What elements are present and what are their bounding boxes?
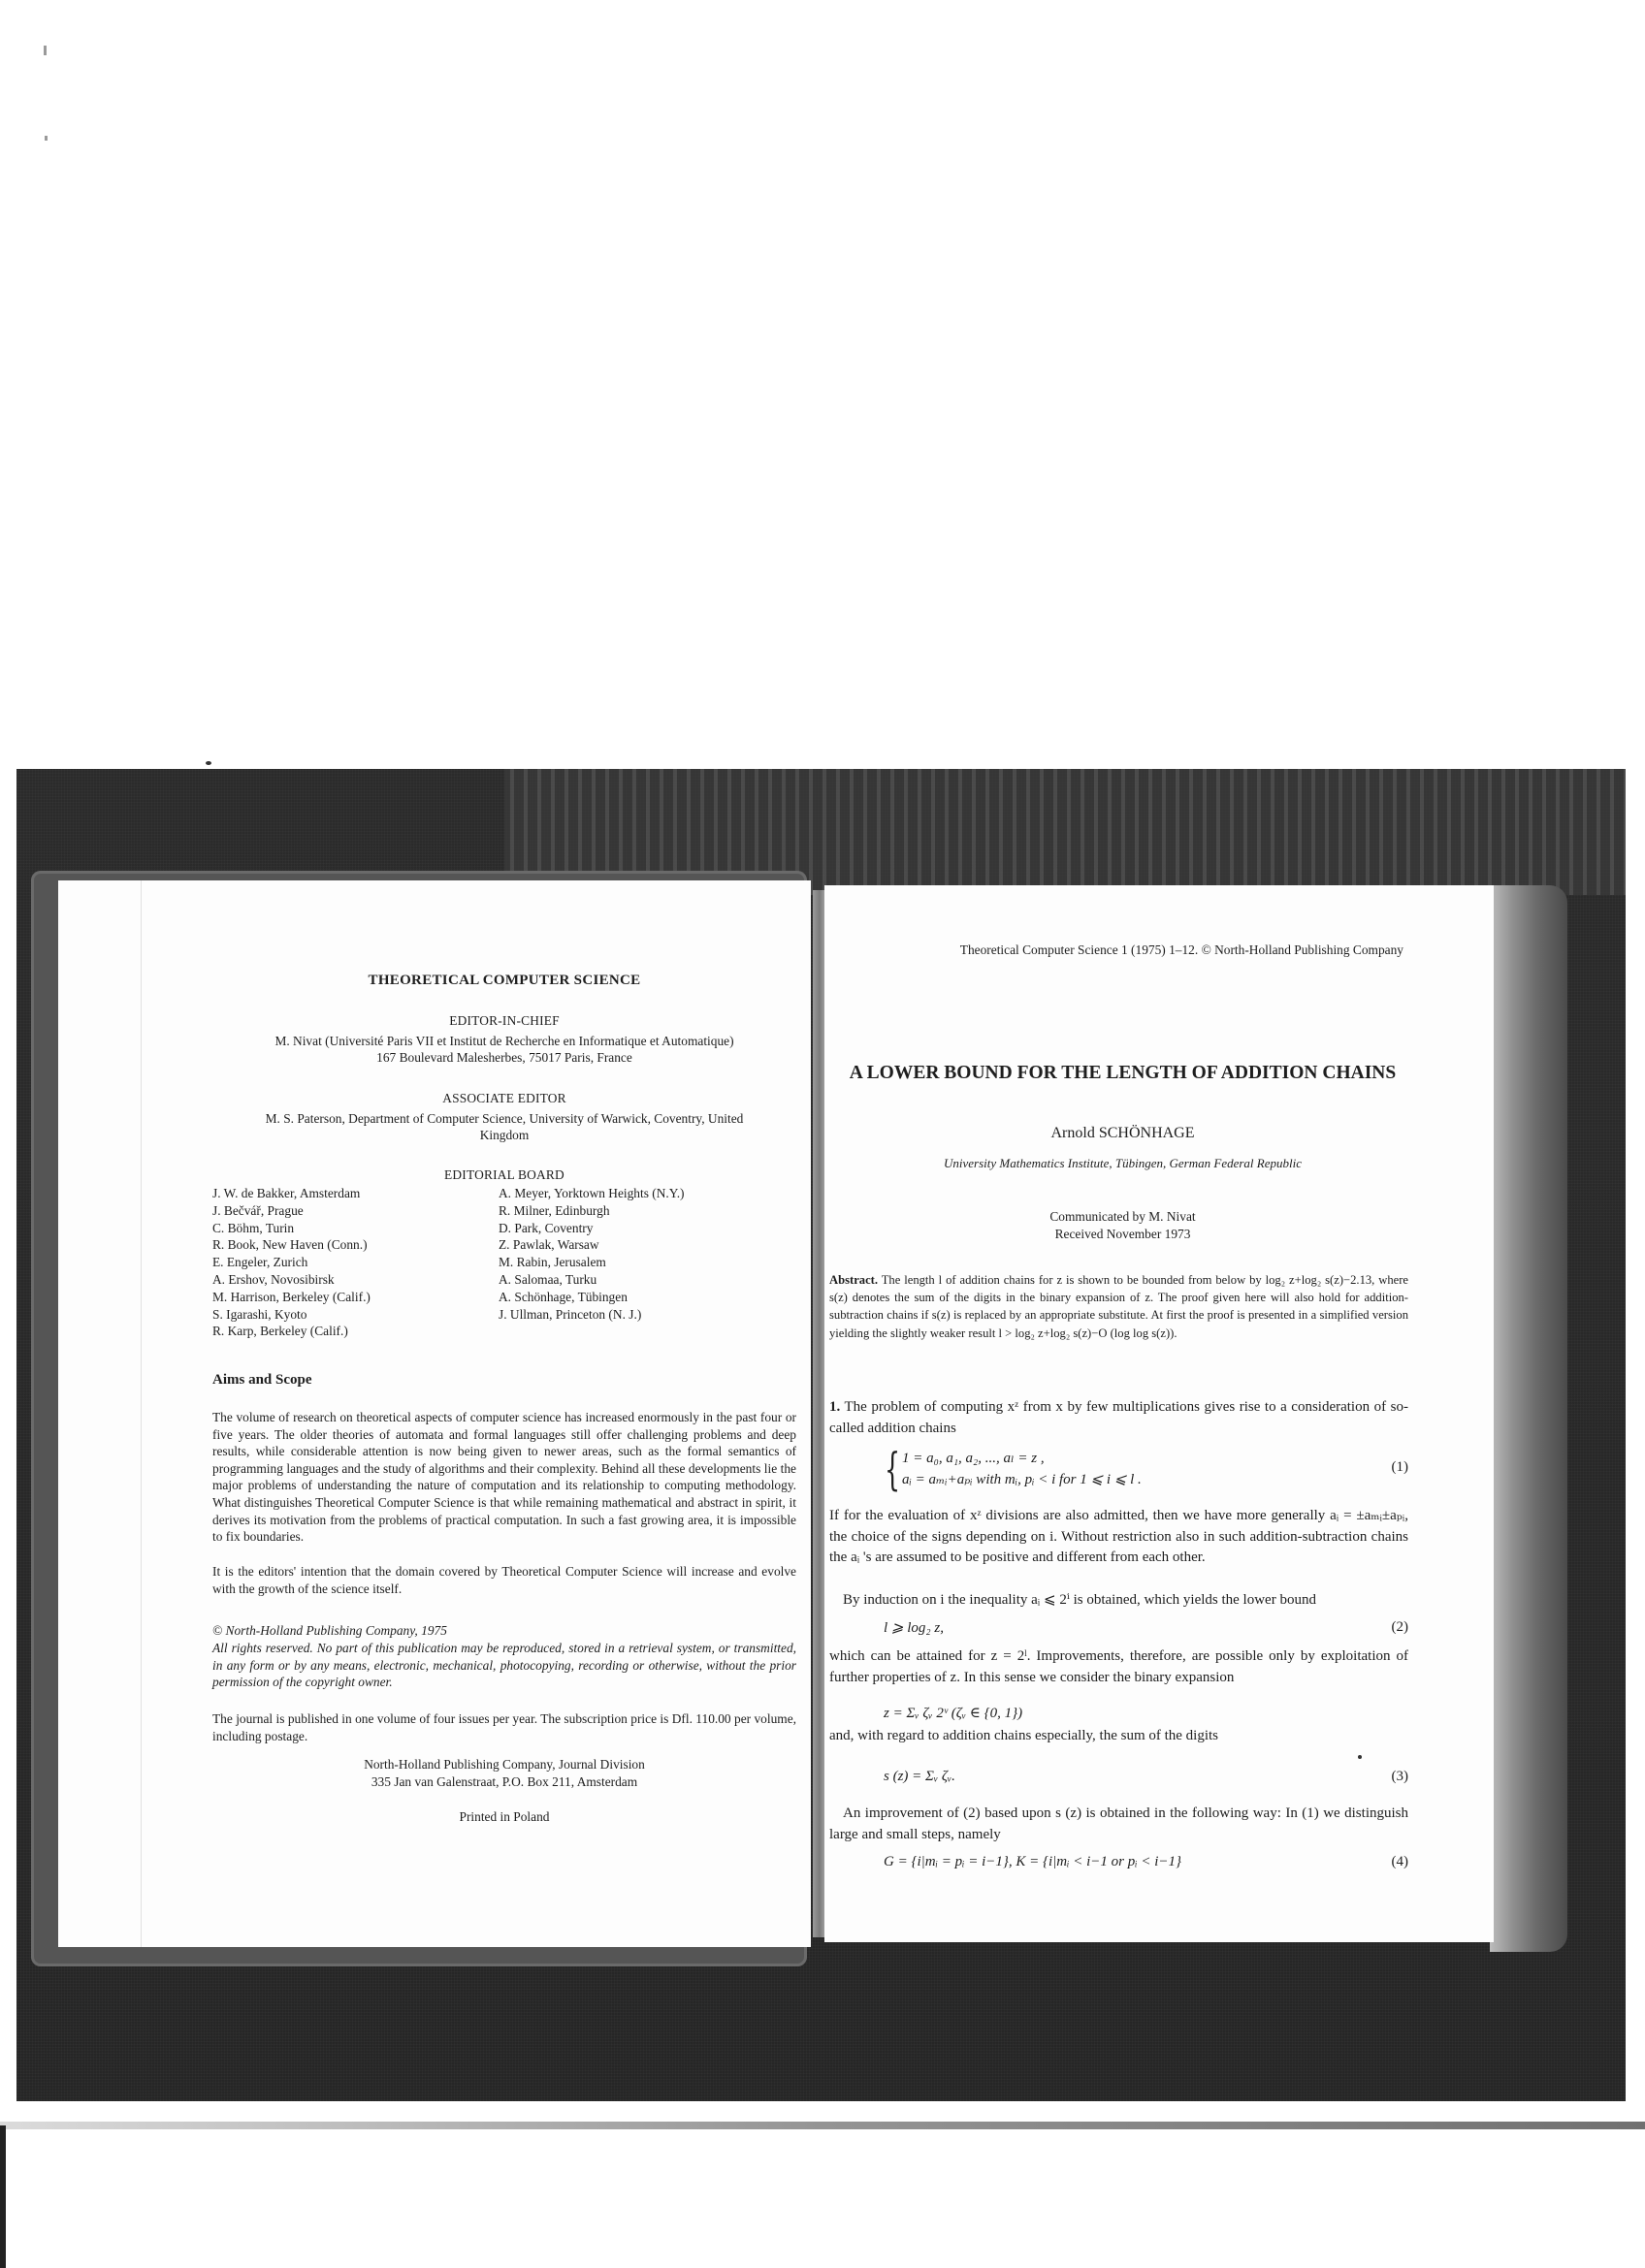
paper-title: A LOWER BOUND FOR THE LENGTH OF ADDITION… [844,1063,1402,1084]
editorial-board-member: M. Rabin, Jerusalem [499,1254,790,1271]
copyright-line: © North-Holland Publishing Company, 1975 [212,1622,796,1640]
editorial-board-member: A. Meyer, Yorktown Heights (N.Y.) [499,1185,790,1202]
equation-2-number: (2) [1392,1619,1409,1636]
aims-paragraph-2: It is the editors' intention that the do… [212,1563,796,1597]
printed-in: Printed in Poland [212,1808,796,1826]
author-name: Arnold SCHÖNHAGE [844,1125,1402,1142]
para-1-text: The problem of computing xᶻ from x by fe… [829,1399,1408,1436]
editorial-board-member: Z. Pawlak, Warsaw [499,1236,790,1254]
associate-editor-line1: M. S. Paterson, Department of Computer S… [212,1110,796,1128]
aims-paragraph-1: The volume of research on theoretical as… [212,1409,796,1546]
section-number: 1. [829,1399,840,1415]
editor-in-chief-line1: M. Nivat (Université Paris VII et Instit… [212,1033,796,1050]
abstract-text: The length l of addition chains for z is… [829,1273,1408,1340]
editorial-board-member: R. Book, New Haven (Conn.) [212,1236,499,1254]
book-page-edges-right [1490,885,1567,1952]
scan-edge-shadow [0,2122,1645,2129]
editor-in-chief-heading: EDITOR-IN-CHIEF [212,1012,796,1030]
associate-editor-block: ASSOCIATE EDITOR M. S. Paterson, Departm… [212,1090,796,1144]
author-affiliation: University Mathematics Institute, Tübing… [844,1156,1402,1171]
editorial-board-member: A. Ershov, Novosibirsk [212,1271,499,1289]
scan-mark [44,46,47,55]
publisher-line-2: 335 Jan van Galenstraat, P.O. Box 211, A… [212,1773,796,1791]
running-head: Theoretical Computer Science 1 (1975) 1–… [851,942,1403,958]
subscription-info: The journal is published in one volume o… [212,1710,796,1744]
paragraph-5: and, with regard to addition chains espe… [829,1726,1408,1747]
aims-and-scope-heading: Aims and Scope [212,1372,312,1389]
editorial-board-member: J. W. de Bakker, Amsterdam [212,1185,499,1202]
editorial-board-list: J. W. de Bakker, AmsterdamJ. Bečvář, Pra… [212,1185,796,1340]
editorial-board-member: M. Harrison, Berkeley (Calif.) [212,1289,499,1306]
equation-4-number: (4) [1392,1854,1409,1870]
scan-speck [1358,1755,1362,1759]
page-fold-line [141,880,142,1947]
editorial-board-member: C. Böhm, Turin [212,1220,499,1237]
editorial-board-member: R. Karp, Berkeley (Calif.) [212,1323,499,1340]
scan-mark [45,136,48,141]
received-date: Received November 1973 [844,1226,1402,1243]
editorial-board-member: A. Salomaa, Turku [499,1271,790,1289]
equation-1-lines: 1 = a₀, a₁, a₂, ..., aₗ = z , aᵢ = aₘᵢ+a… [902,1448,1142,1490]
editorial-board-member: R. Milner, Edinburgh [499,1202,790,1220]
abstract: Abstract. The length l of addition chain… [829,1271,1408,1342]
binary-expansion-expr: z = Σᵥ ζᵥ 2ᵛ (ζᵥ ∈ {0, 1}) [829,1704,1022,1722]
editorial-board-heading-wrap: EDITORIAL BOARD [212,1166,796,1184]
paragraph-6: An improvement of (2) based upon s (z) i… [829,1804,1408,1845]
editorial-board-column-1: J. W. de Bakker, AmsterdamJ. Bečvář, Pra… [212,1185,499,1340]
editorial-board-member: A. Schönhage, Tübingen [499,1289,790,1306]
paragraph-2: If for the evaluation of xᶻ divisions ar… [829,1506,1408,1569]
publisher-line-1: North-Holland Publishing Company, Journa… [212,1756,796,1773]
scan-speck [206,761,211,765]
scan-edge-left [0,2125,6,2268]
editorial-board-member: J. Bečvář, Prague [212,1202,499,1220]
paragraph-4: which can be attained for z = 2ˡ. Improv… [829,1646,1408,1688]
brace-symbol: { [885,1447,900,1491]
equation-3: s (z) = Σᵥ ζᵥ. (3) [829,1769,1408,1785]
equation-1: { 1 = a₀, a₁, a₂, ..., aₗ = z , aᵢ = aₘᵢ… [885,1447,1408,1493]
section-1-para-1: 1. The problem of computing xᶻ from x by… [829,1397,1408,1439]
associate-editor-line2: Kingdom [212,1127,796,1144]
editorial-board-member: J. Ullman, Princeton (N. J.) [499,1306,790,1324]
equation-4: G = {i|mᵢ = pᵢ = i−1}, K = {i|mᵢ < i−1 o… [829,1854,1408,1870]
editorial-board-member: E. Engeler, Zurich [212,1254,499,1271]
editor-in-chief-line2: 167 Boulevard Malesherbes, 75017 Paris, … [212,1049,796,1067]
equation-2-expr: l ⩾ log₂ z, [829,1618,944,1637]
communicated-by: Communicated by M. Nivat [844,1208,1402,1226]
equation-4-expr: G = {i|mᵢ = pᵢ = i−1}, K = {i|mᵢ < i−1 o… [829,1854,1181,1870]
equation-binary-expansion: z = Σᵥ ζᵥ 2ᵛ (ζᵥ ∈ {0, 1}) [829,1704,1408,1722]
communication-info: Communicated by M. Nivat Received Novemb… [844,1208,1402,1243]
equation-1-number: (1) [1392,1459,1409,1476]
editorial-board-member: S. Igarashi, Kyoto [212,1306,499,1324]
associate-editor-heading: ASSOCIATE EDITOR [212,1090,796,1107]
rights-notice: All rights reserved. No part of this pub… [212,1640,796,1691]
paragraph-3: By induction on i the inequality aᵢ ⩽ 2ⁱ… [829,1590,1408,1612]
equation-1-line-1: 1 = a₀, a₁, a₂, ..., aₗ = z , [902,1448,1142,1469]
equation-3-number: (3) [1392,1769,1409,1785]
editor-in-chief-block: EDITOR-IN-CHIEF M. Nivat (Université Par… [212,1012,796,1067]
editorial-board-heading: EDITORIAL BOARD [212,1166,796,1184]
equation-2: l ⩾ log₂ z, (2) [829,1618,1408,1637]
publisher-address: North-Holland Publishing Company, Journa… [212,1756,796,1790]
editorial-board-column-2: A. Meyer, Yorktown Heights (N.Y.)R. Miln… [499,1185,790,1340]
editorial-board-member: D. Park, Coventry [499,1220,790,1237]
abstract-label: Abstract. [829,1273,878,1287]
equation-1-line-2: aᵢ = aₘᵢ+aₚᵢ with mᵢ, pᵢ < i for 1 ⩽ i ⩽… [902,1469,1142,1490]
journal-title: THEORETICAL COMPUTER SCIENCE [212,973,796,989]
equation-3-expr: s (z) = Σᵥ ζᵥ. [829,1769,955,1785]
